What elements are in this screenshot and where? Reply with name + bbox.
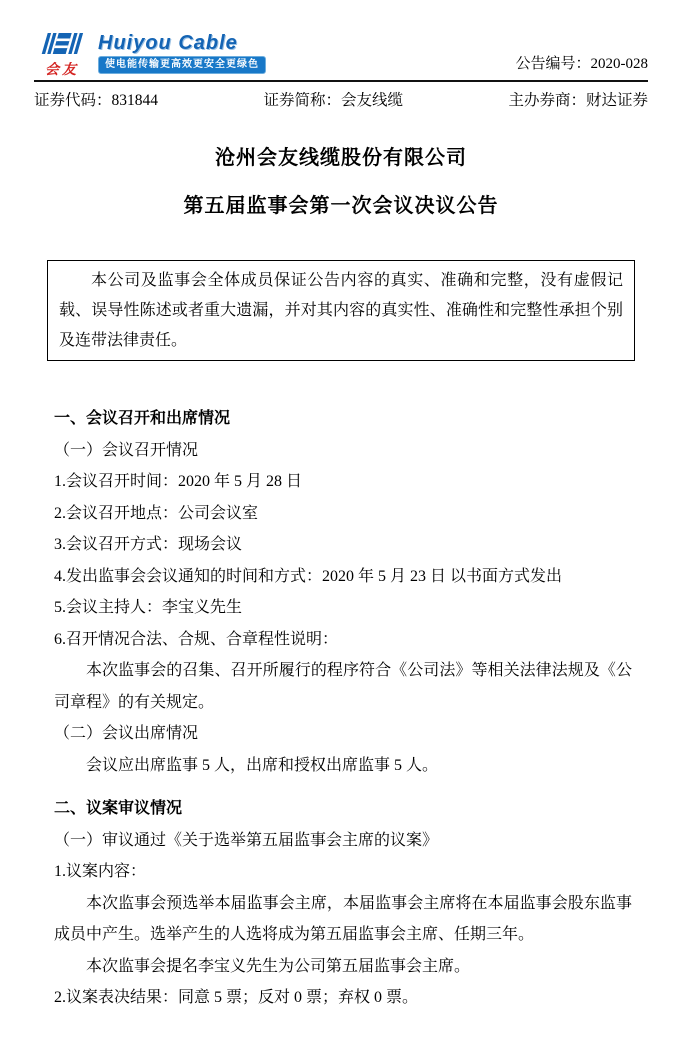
announcement-page: 会友 Huiyou Cable 使电能传输更高效更安全更绿色 公告编号：2020… [0, 0, 680, 1063]
logo-mark: 会友 [34, 32, 90, 76]
meeting-time-item: 1.会议召开时间：2020 年 5 月 28 日 [54, 466, 632, 498]
meeting-host-item: 5.会议主持人：李宝义先生 [54, 592, 632, 624]
notice-info-item: 4.发出监事会会议通知的时间和方式：2020 年 5 月 23 日 以书面方式发… [54, 561, 632, 593]
vote-result-item: 2.议案表决结果：同意 5 票；反对 0 票；弃权 0 票。 [54, 982, 632, 1014]
announcement-title: 第五届监事会第一次会议决议公告 [34, 193, 648, 220]
proposal-content-label: 1.议案内容： [54, 856, 632, 888]
logo-mark-icon [36, 32, 88, 61]
convening-subheading: （一）会议召开情况 [54, 435, 632, 467]
header-top-row: 会友 Huiyou Cable 使电能传输更高效更安全更绿色 公告编号：2020… [34, 24, 648, 76]
document-body: 一、会议召开和出席情况 （一）会议召开情况 1.会议召开时间：2020 年 5 … [54, 403, 632, 1014]
section2-heading: 二、议案审议情况 [54, 793, 632, 825]
legality-statement: 本次监事会的召集、召开所履行的程序符合《公司法》等相关法律法规及《公司章程》的有… [54, 655, 632, 718]
meeting-place-item: 2.会议召开地点：公司会议室 [54, 498, 632, 530]
meeting-method-item: 3.会议召开方式：现场会议 [54, 529, 632, 561]
logo-company-short-name: 会友 [45, 62, 79, 76]
company-name-title: 沧州会友线缆股份有限公司 [34, 145, 648, 172]
announcement-number: 公告编号：2020-028 [516, 54, 649, 76]
header-divider [34, 80, 648, 82]
sponsor-broker: 主办券商：财达证券 [508, 90, 648, 112]
disclaimer-box: 本公司及监事会全体成员保证公告内容的真实、准确和完整，没有虚假记载、误导性陈述或… [47, 260, 635, 361]
section1-heading: 一、会议召开和出席情况 [54, 403, 632, 435]
proposal-paragraph-2: 本次监事会提名李宝义先生为公司第五届监事会主席。 [54, 951, 632, 983]
logo-slogan-banner: 使电能传输更高效更安全更绿色 [98, 56, 266, 74]
legality-label-item: 6.召开情况合法、合规、合章程性说明： [54, 624, 632, 656]
disclaimer-text: 本公司及监事会全体成员保证公告内容的真实、准确和完整，没有虚假记载、误导性陈述或… [59, 266, 623, 356]
huiyou-logo: 会友 Huiyou Cable 使电能传输更高效更安全更绿色 [34, 32, 266, 76]
proposal-subheading: （一）审议通过《关于选举第五届监事会主席的议案》 [54, 825, 632, 857]
proposal-paragraph-1: 本次监事会预选举本届监事会主席，本届监事会主席将在本届监事会股东监事成员中产生。… [54, 888, 632, 951]
logo-text-block: Huiyou Cable 使电能传输更高效更安全更绿色 [98, 32, 266, 74]
attendance-statement: 会议应出席监事 5 人，出席和授权出席监事 5 人。 [54, 750, 632, 782]
header: 会友 Huiyou Cable 使电能传输更高效更安全更绿色 公告编号：2020… [34, 24, 648, 112]
attendance-subheading: （二）会议出席情况 [54, 718, 632, 750]
security-code: 证券代码：831844 [34, 90, 158, 112]
security-short-name: 证券简称：会友线缆 [263, 90, 403, 112]
securities-info-row: 证券代码：831844 证券简称：会友线缆 主办券商：财达证券 [34, 90, 648, 112]
logo-brand-name: Huiyou Cable [98, 32, 238, 54]
